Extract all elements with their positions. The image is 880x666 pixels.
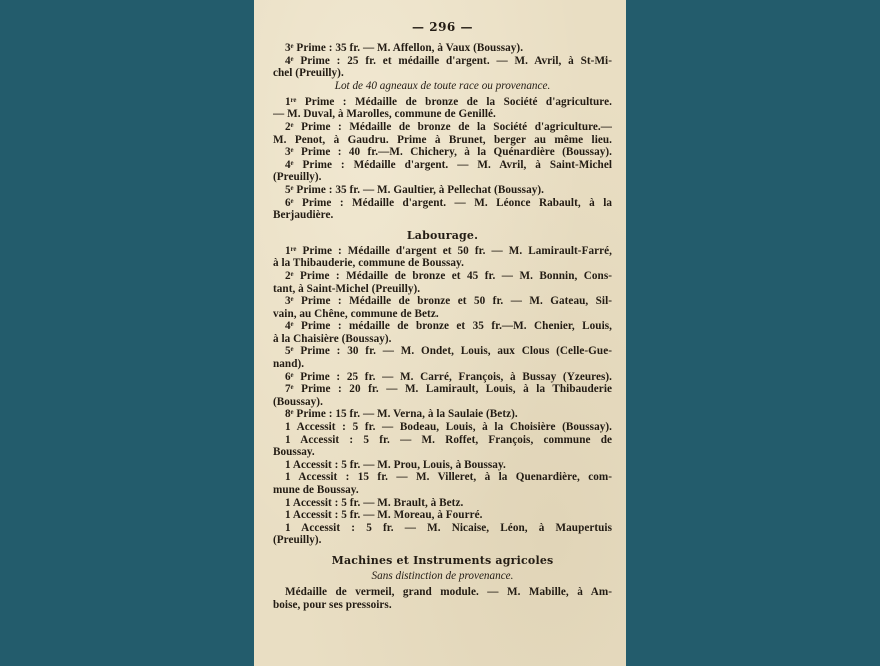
section-subheading: Lot de 40 agneaux de toute race ou prove… <box>273 80 612 93</box>
text-line: chel (Preuilly). <box>273 67 612 80</box>
text-line: Médaille de vermeil, grand module. — M. … <box>273 586 612 599</box>
text-line: 1 Accessit : 5 fr. — M. Nicaise, Léon, à… <box>273 522 612 535</box>
text-line: 5ᵉ Prime : 35 fr. — M. Gaultier, à Pelle… <box>273 184 612 197</box>
text-line: 1ʳᵉ Prime : Médaille de bronze de la Soc… <box>273 96 612 109</box>
text-line: 3ᵉ Prime : 35 fr. — M. Affellon, à Vaux … <box>273 42 612 55</box>
text-line: mune de Boussay. <box>273 484 612 497</box>
text-line: 1 Accessit : 5 fr. — M. Roffet, François… <box>273 434 612 447</box>
text-line: à la Thibauderie, commune de Boussay. <box>273 257 612 270</box>
text-line: (Preuilly). <box>273 171 612 184</box>
text-line: 1ʳᵉ Prime : Médaille d'argent et 50 fr. … <box>273 245 612 258</box>
text-line: 1 Accessit : 5 fr. — Bodeau, Louis, à la… <box>273 421 612 434</box>
page-number: — 296 — <box>273 20 612 34</box>
spacer <box>273 222 612 229</box>
text-line: 3ᵉ Prime : 40 fr.—M. Chichery, à la Quén… <box>273 146 612 159</box>
text-line: (Boussay). <box>273 396 612 409</box>
text-line: 7ᵉ Prime : 20 fr. — M. Lamirault, Louis,… <box>273 383 612 396</box>
text-line: 2ᵉ Prime : Médaille de bronze de la Soci… <box>273 121 612 134</box>
text-line: tant, à Saint-Michel (Preuilly). <box>273 283 612 296</box>
text-line: 1 Accessit : 5 fr. — M. Brault, à Betz. <box>273 497 612 510</box>
text-line: 1 Accessit : 5 fr. — M. Prou, Louis, à B… <box>273 459 612 472</box>
page-content: 3ᵉ Prime : 35 fr. — M. Affellon, à Vaux … <box>273 42 612 611</box>
text-line: à la Chaisière (Boussay). <box>273 333 612 346</box>
document-page: — 296 — 3ᵉ Prime : 35 fr. — M. Affellon,… <box>254 0 626 666</box>
text-line: 6ᵉ Prime : Médaille d'argent. — M. Léonc… <box>273 197 612 210</box>
text-line: Berjaudière. <box>273 209 612 222</box>
section-heading: Labourage. <box>273 229 612 242</box>
text-line: 3ᵉ Prime : Médaille de bronze et 50 fr. … <box>273 295 612 308</box>
text-line: 4ᵉ Prime : Médaille d'argent. — M. Avril… <box>273 159 612 172</box>
text-line: (Preuilly). <box>273 534 612 547</box>
text-line: boise, pour ses pressoirs. <box>273 599 612 612</box>
text-line: 4ᵉ Prime : 25 fr. et médaille d'argent. … <box>273 55 612 68</box>
text-line: M. Penot, à Gaudru. Prime à Brunet, berg… <box>273 134 612 147</box>
text-line: 2ᵉ Prime : Médaille de bronze et 45 fr. … <box>273 270 612 283</box>
text-line: 1 Accessit : 5 fr. — M. Moreau, à Fourré… <box>273 509 612 522</box>
text-line: 1 Accessit : 15 fr. — M. Villeret, à la … <box>273 471 612 484</box>
section-subheading: Sans distinction de provenance. <box>273 570 612 583</box>
text-line: vain, au Chêne, commune de Betz. <box>273 308 612 321</box>
text-line: — M. Duval, à Marolles, commune de Genil… <box>273 108 612 121</box>
spacer <box>273 547 612 554</box>
text-line: 5ᵉ Prime : 30 fr. — M. Ondet, Louis, aux… <box>273 345 612 358</box>
text-line: 6ᵉ Prime : 25 fr. — M. Carré, François, … <box>273 371 612 384</box>
text-line: 8ᵉ Prime : 15 fr. — M. Verna, à la Saula… <box>273 408 612 421</box>
text-line: nand). <box>273 358 612 371</box>
text-line: 4ᵉ Prime : médaille de bronze et 35 fr.—… <box>273 320 612 333</box>
section-heading: Machines et Instruments agricoles <box>273 554 612 567</box>
text-line: Boussay. <box>273 446 612 459</box>
